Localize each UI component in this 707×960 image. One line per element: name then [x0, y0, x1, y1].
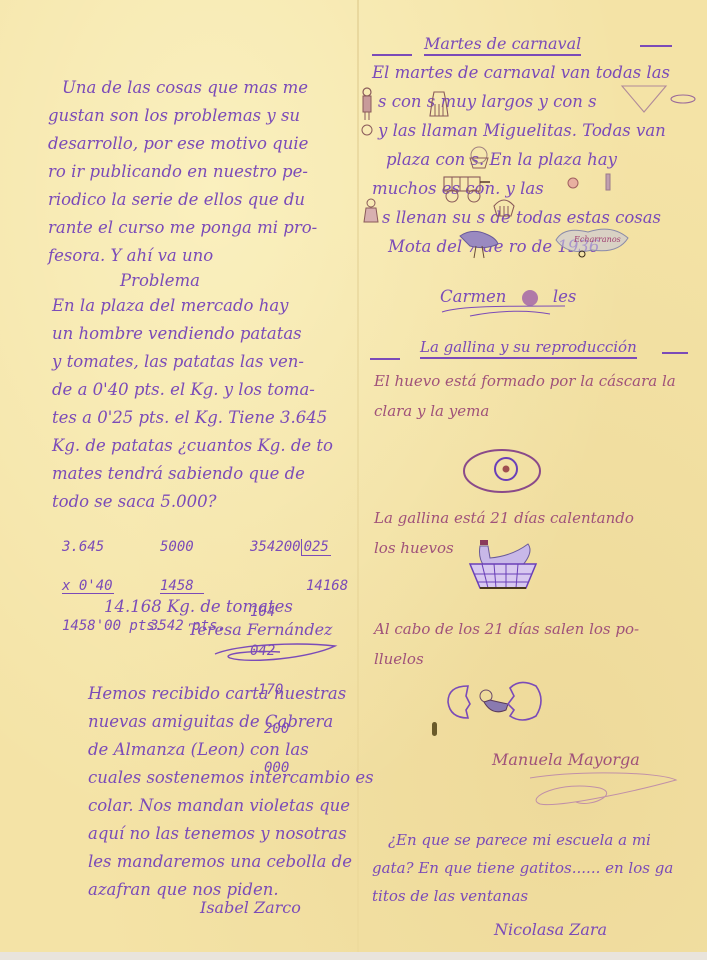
signature-nicolasa: Nicolasa Zara	[494, 920, 607, 939]
girl-drawing-icon	[356, 86, 378, 138]
text-line: riodico la serie de ellos que du	[48, 186, 317, 214]
text-line: muchos es con. y las	[372, 174, 670, 203]
fruit-drawing-icon	[566, 176, 580, 190]
text-line: colar. Nos mandan violetas que	[88, 792, 374, 820]
text-line: nuevas amiguitas de Cabrera	[88, 708, 374, 736]
girl-drawing-icon	[362, 198, 380, 228]
text-line: Hemos recibido carta nuestras	[88, 680, 374, 708]
carnaval-title: Martes de carnaval	[424, 34, 581, 56]
ink-blot	[432, 722, 437, 736]
basket-drawing-icon	[466, 146, 492, 170]
signature-flourish	[440, 302, 570, 322]
gallina-paragraph-1: El huevo está formado por la cáscara la …	[374, 366, 676, 426]
shawl-drawing-icon	[620, 82, 668, 114]
title-dash	[662, 352, 688, 354]
text-line: fesora. Y ahí va uno	[48, 242, 317, 270]
text-line: clara y la yema	[374, 396, 676, 426]
text-line: todo se saca 5.000?	[52, 488, 333, 516]
dividend: 354200	[250, 539, 301, 555]
text-line: En la plaza del mercado hay	[52, 292, 333, 320]
title-dash	[372, 54, 412, 56]
text-line: ¿En que se parece mi escuela a mi	[388, 826, 673, 854]
title-dash	[370, 358, 400, 360]
riddle-paragraph: ¿En que se parece mi escuela a mi gata? …	[382, 826, 673, 910]
bird-drawing-icon	[456, 226, 502, 262]
text-line: gustan son los problemas y su	[48, 102, 317, 130]
divisor: 025	[301, 539, 331, 556]
calc-line: x 0'40	[62, 580, 114, 594]
notice-paragraph: Hemos recibido carta nuestras nuevas ami…	[88, 680, 374, 904]
cart-drawing-icon	[442, 174, 494, 204]
document-page: Una de las cosas que mas me gustan son l…	[0, 0, 707, 960]
gallina-title: La gallina y su reproducción	[420, 338, 637, 359]
title-dash	[640, 45, 672, 47]
text-line: La gallina está 21 días calentando	[374, 503, 634, 533]
bottle-drawing-icon	[604, 172, 612, 192]
hen-in-basket-drawing-icon	[468, 538, 538, 594]
stamp-text: Echarranos	[573, 235, 621, 244]
intro-paragraph: Una de las cosas que mas me gustan son l…	[62, 74, 317, 270]
signature-isabel: Isabel Zarco	[200, 898, 301, 917]
quotient: 14168	[306, 580, 348, 593]
calc-line: 5000	[160, 541, 226, 554]
skirt-drawing-icon	[428, 90, 450, 118]
signature-flourish	[520, 768, 680, 812]
stamp-drawing-icon: Echarranos	[552, 224, 632, 260]
text-line: Al cabo de los 21 días salen los po-	[374, 614, 639, 644]
text-line: titos de las ventanas	[372, 882, 673, 910]
problem-paragraph: En la plaza del mercado hay un hombre ve…	[52, 292, 333, 516]
basket-drawing-icon	[492, 196, 516, 218]
text-line: plaza con s. En la plaza hay	[386, 145, 670, 174]
text-line: Una de las cosas que mas me	[62, 74, 317, 102]
text-line: lluelos	[374, 644, 639, 674]
flower-drawing-icon	[668, 92, 698, 106]
calc-line: 3.645	[62, 541, 163, 554]
text-line: gata? En que tiene gatitos...... en los …	[372, 854, 673, 882]
text-line: de a 0'40 pts. el Kg. y los toma-	[52, 376, 333, 404]
calc-line: 1458	[160, 580, 204, 594]
text-line: y las llaman Miguelitas. Todas van	[378, 116, 670, 145]
text-line: cuales sostenemos intercambio es	[88, 764, 374, 792]
problem-answer: 14.168 Kg. de tomates	[104, 594, 293, 619]
text-line: les mandaremos una cebolla de	[88, 848, 374, 876]
text-line: y tomates, las patatas las ven-	[52, 348, 333, 376]
calc-line: 1458'00 pts.	[62, 620, 163, 633]
text-line: tes a 0'25 pts. el Kg. Tiene 3.645	[52, 404, 333, 432]
text-line: ro ir publicando en nuestro pe-	[48, 158, 317, 186]
paper-edge	[0, 952, 707, 960]
gallina-paragraph-3: Al cabo de los 21 días salen los po- llu…	[374, 614, 639, 674]
signature-flourish	[210, 636, 340, 666]
text-line: El huevo está formado por la cáscara la	[374, 366, 676, 396]
text-line: de Almanza (Leon) con las	[88, 736, 374, 764]
problem-heading: Problema	[120, 268, 200, 293]
egg-drawing-icon	[460, 446, 544, 496]
signature-manuela: Manuela Mayorga	[492, 750, 640, 769]
text-line: aquí no las tenemos y nosotras	[88, 820, 374, 848]
text-line: Kg. de patatas ¿cuantos Kg. de to	[52, 432, 333, 460]
text-line: rante el curso me ponga mi pro-	[48, 214, 317, 242]
multiplication-work: 3.645 x 0'40 1458'00 pts.	[62, 515, 163, 659]
chick-hatching-drawing-icon	[444, 680, 548, 726]
text-line: un hombre vendiendo patatas	[52, 320, 333, 348]
text-line: desarrollo, por ese motivo quie	[48, 130, 317, 158]
text-line: mates tendrá sabiendo que de	[52, 460, 333, 488]
